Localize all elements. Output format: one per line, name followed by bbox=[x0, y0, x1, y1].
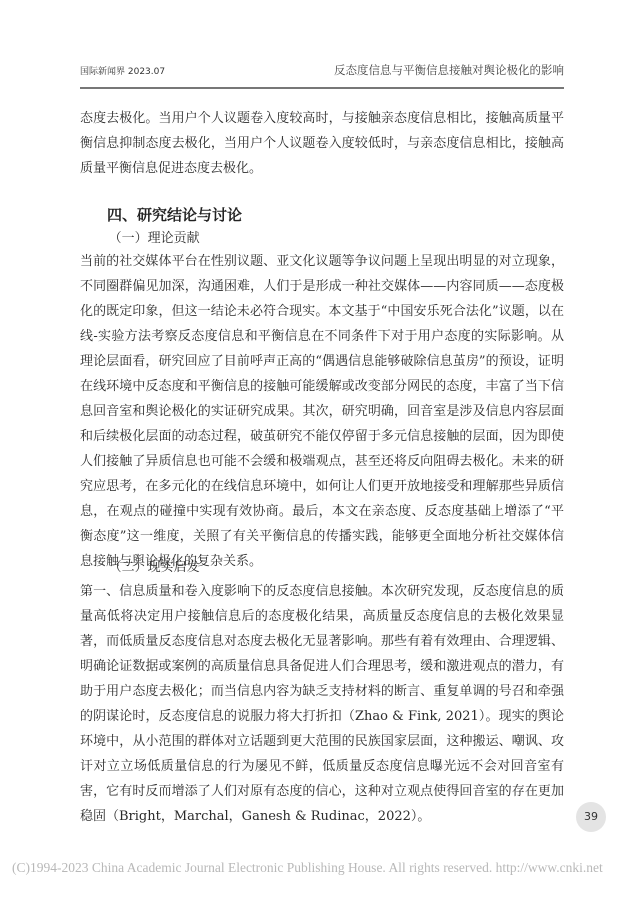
intro-paragraph: 态度去极化。当用户个人议题卷入度较高时，与接触亲态度信息相比，接触高质量平衡信息… bbox=[80, 106, 564, 181]
paragraph: 第一、信息质量和卷入度影响下的反态度信息接触。本次研究发现，反态度信息的质量高低… bbox=[80, 579, 564, 829]
intro-text: 态度去极化。当用户个人议题卷入度较高时，与接触亲态度信息相比，接触高质量平衡信息… bbox=[80, 106, 564, 181]
page-number-badge: 39 bbox=[576, 802, 606, 832]
copyright-footer: (C)1994-2023 China Academic Journal Elec… bbox=[12, 860, 603, 876]
subsection-heading: （二）现实启发 bbox=[80, 557, 564, 579]
header-divider bbox=[80, 87, 564, 89]
section-heading: 四、研究结论与讨论 bbox=[107, 204, 242, 225]
subsection-heading: （一）理论贡献 bbox=[80, 229, 564, 249]
journal-issue: 国际新闻界 2023.07 bbox=[80, 64, 165, 77]
paragraph: 当前的社交媒体平台在性别议题、亚文化议题等争议问题上呈现出明显的对立现象，不同圈… bbox=[80, 249, 564, 574]
subsection-practice: （二）现实启发 第一、信息质量和卷入度影响下的反态度信息接触。本次研究发现，反态… bbox=[80, 557, 564, 829]
running-header: 国际新闻界 2023.07 反态度信息与平衡信息接触对舆论极化的影响 bbox=[80, 62, 564, 82]
article-running-title: 反态度信息与平衡信息接触对舆论极化的影响 bbox=[334, 62, 564, 78]
subsection-theory: （一）理论贡献 当前的社交媒体平台在性别议题、亚文化议题等争议问题上呈现出明显的… bbox=[80, 229, 564, 574]
